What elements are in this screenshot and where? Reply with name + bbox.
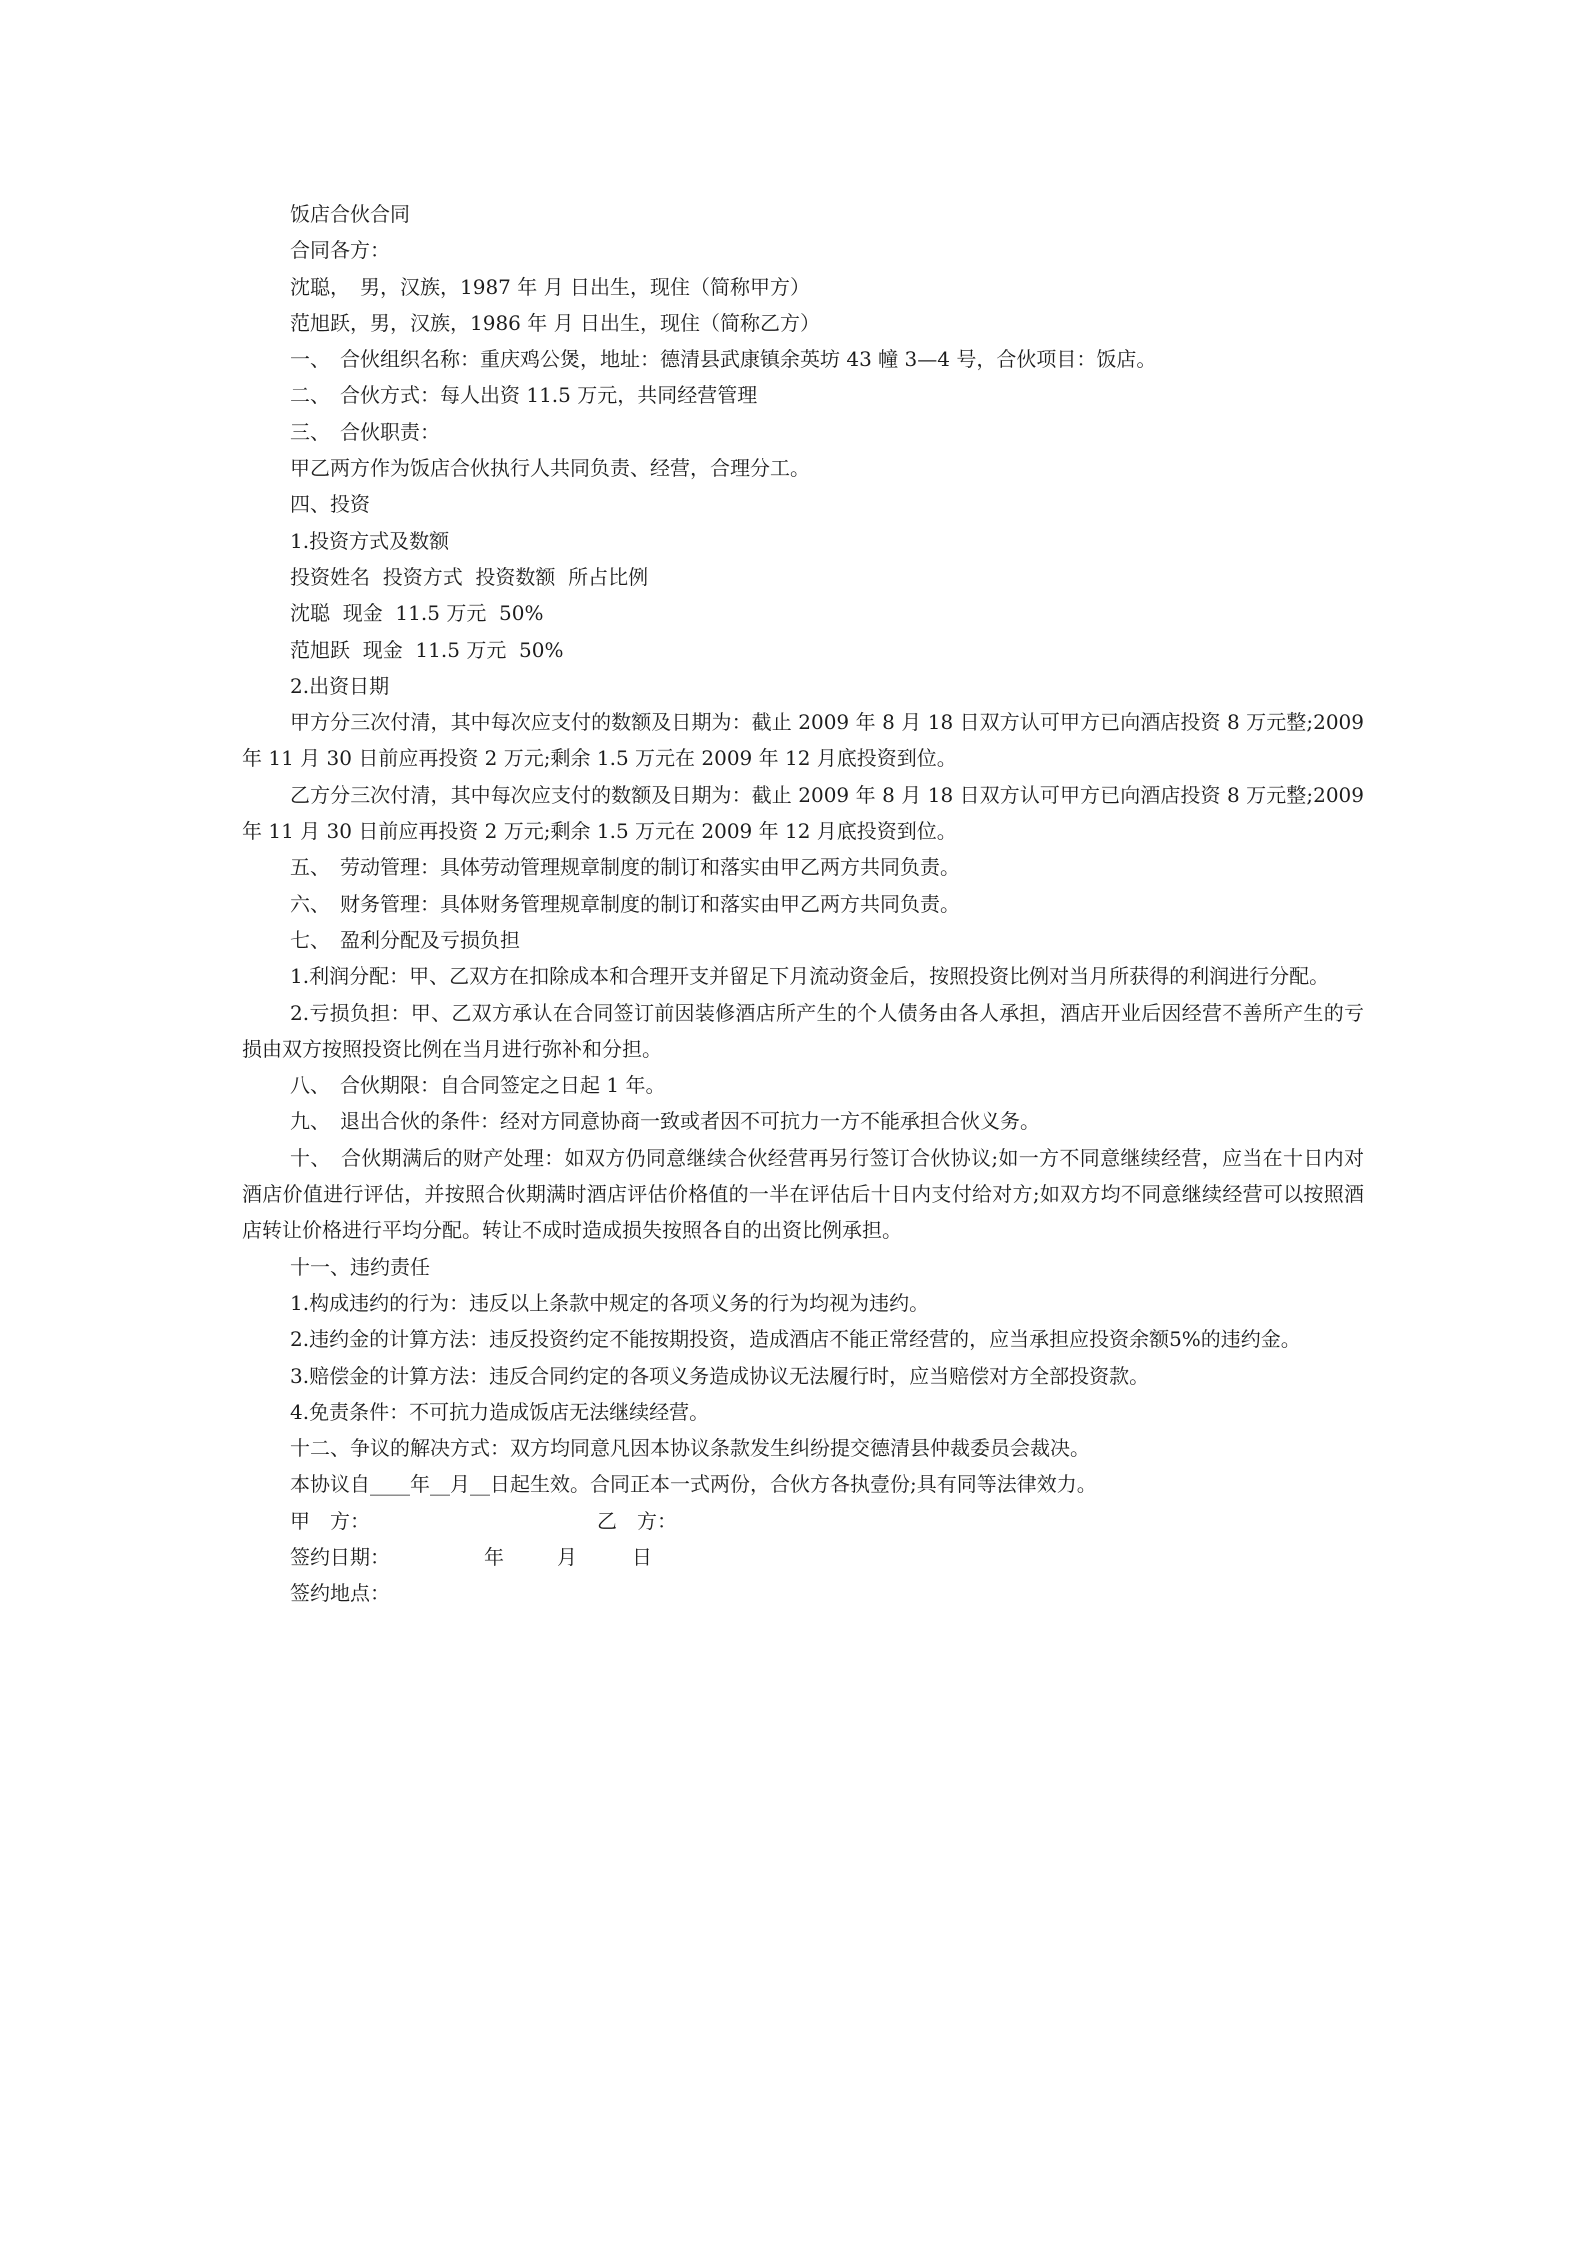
- contract-document: 饭店合伙合同 合同各方： 沈聪， 男，汉族，1987 年 月 日出生，现住（简称…: [242, 196, 1364, 1612]
- party-a-info: 沈聪， 男，汉族，1987 年 月 日出生，现住（简称甲方）: [242, 269, 1364, 305]
- payment-schedule-b: 乙方分三次付清，其中每次应支付的数额及日期为：截止 2009 年 8 月 18 …: [242, 777, 1364, 850]
- party-b-signature-label: 乙 方：: [597, 1503, 677, 1539]
- investment-table-row: 范旭跃 现金 11.5 万元 50%: [242, 632, 1364, 668]
- party-a-signature-label: 甲 方：: [290, 1503, 370, 1539]
- party-b-info: 范旭跃，男，汉族，1986 年 月 日出生，现住（简称乙方）: [242, 305, 1364, 341]
- clause-12: 十二、争议的解决方式：双方均同意凡因本协议条款发生纠纷提交德清县仲裁委员会裁决。: [242, 1430, 1364, 1466]
- clause-11-title: 十一、违约责任: [242, 1249, 1364, 1285]
- clause-11-4: 4.免责条件：不可抗力造成饭店无法继续经营。: [242, 1394, 1364, 1430]
- investment-table-row: 沈聪 现金 11.5 万元 50%: [242, 595, 1364, 631]
- clause-7-1: 1.利润分配：甲、乙双方在扣除成本和合理开支并留足下月流动资金后，按照投资比例对…: [242, 958, 1364, 994]
- signing-date-year: 年: [484, 1539, 504, 1575]
- clause-2: 二、 合伙方式：每人出资 11.5 万元，共同经营管理: [242, 377, 1364, 413]
- signing-place-label: 签约地点：: [290, 1575, 390, 1611]
- parties-label: 合同各方：: [242, 232, 1364, 268]
- clause-4-sub1: 1.投资方式及数额: [242, 523, 1364, 559]
- clause-1: 一、 合伙组织名称：重庆鸡公煲，地址：德清县武康镇余英坊 43 幢 3—4 号，…: [242, 341, 1364, 377]
- clause-4-sub2: 2.出资日期: [242, 668, 1364, 704]
- clause-8: 八、 合伙期限：自合同签定之日起 1 年。: [242, 1067, 1364, 1103]
- signing-date-label: 签约日期：: [290, 1539, 390, 1575]
- clause-3-body: 甲乙两方作为饭店合伙执行人共同负责、经营，合理分工。: [242, 450, 1364, 486]
- clause-5: 五、 劳动管理：具体劳动管理规章制度的制订和落实由甲乙两方共同负责。: [242, 849, 1364, 885]
- signing-date-row: 签约日期： 年 月 日: [242, 1539, 1364, 1575]
- document-title: 饭店合伙合同: [242, 196, 1364, 232]
- investment-table-header: 投资姓名 投资方式 投资数额 所占比例: [242, 559, 1364, 595]
- signing-place-row: 签约地点：: [242, 1575, 1364, 1611]
- signing-date-month: 月: [557, 1539, 577, 1575]
- payment-schedule-a: 甲方分三次付清，其中每次应支付的数额及日期为：截止 2009 年 8 月 18 …: [242, 704, 1364, 777]
- clause-9: 九、 退出合伙的条件：经对方同意协商一致或者因不可抗力一方不能承担合伙义务。: [242, 1103, 1364, 1139]
- clause-11-1: 1.构成违约的行为：违反以上条款中规定的各项义务的行为均视为违约。: [242, 1285, 1364, 1321]
- clause-7-title: 七、 盈利分配及亏损负担: [242, 922, 1364, 958]
- clause-3-title: 三、 合伙职责：: [242, 414, 1364, 450]
- clause-11-2: 2.违约金的计算方法：违反投资约定不能按期投资，造成酒店不能正常经营的，应当承担…: [242, 1321, 1364, 1357]
- clause-7-2: 2.亏损负担：甲、乙双方承认在合同签订前因装修酒店所产生的个人债务由各人承担，酒…: [242, 995, 1364, 1068]
- signature-parties-row: 甲 方： 乙 方：: [242, 1503, 1364, 1539]
- clause-6: 六、 财务管理：具体财务管理规章制度的制订和落实由甲乙两方共同负责。: [242, 886, 1364, 922]
- clause-4-title: 四、投资: [242, 486, 1364, 522]
- clause-11-3: 3.赔偿金的计算方法：违反合同约定的各项义务造成协议无法履行时，应当赔偿对方全部…: [242, 1358, 1364, 1394]
- effective-date-clause: 本协议自____年__月__日起生效。合同正本一式两份，合伙方各执壹份;具有同等…: [242, 1466, 1364, 1502]
- signing-date-day: 日: [632, 1539, 652, 1575]
- clause-10: 十、 合伙期满后的财产处理：如双方仍同意继续合伙经营再另行签订合伙协议;如一方不…: [242, 1140, 1364, 1249]
